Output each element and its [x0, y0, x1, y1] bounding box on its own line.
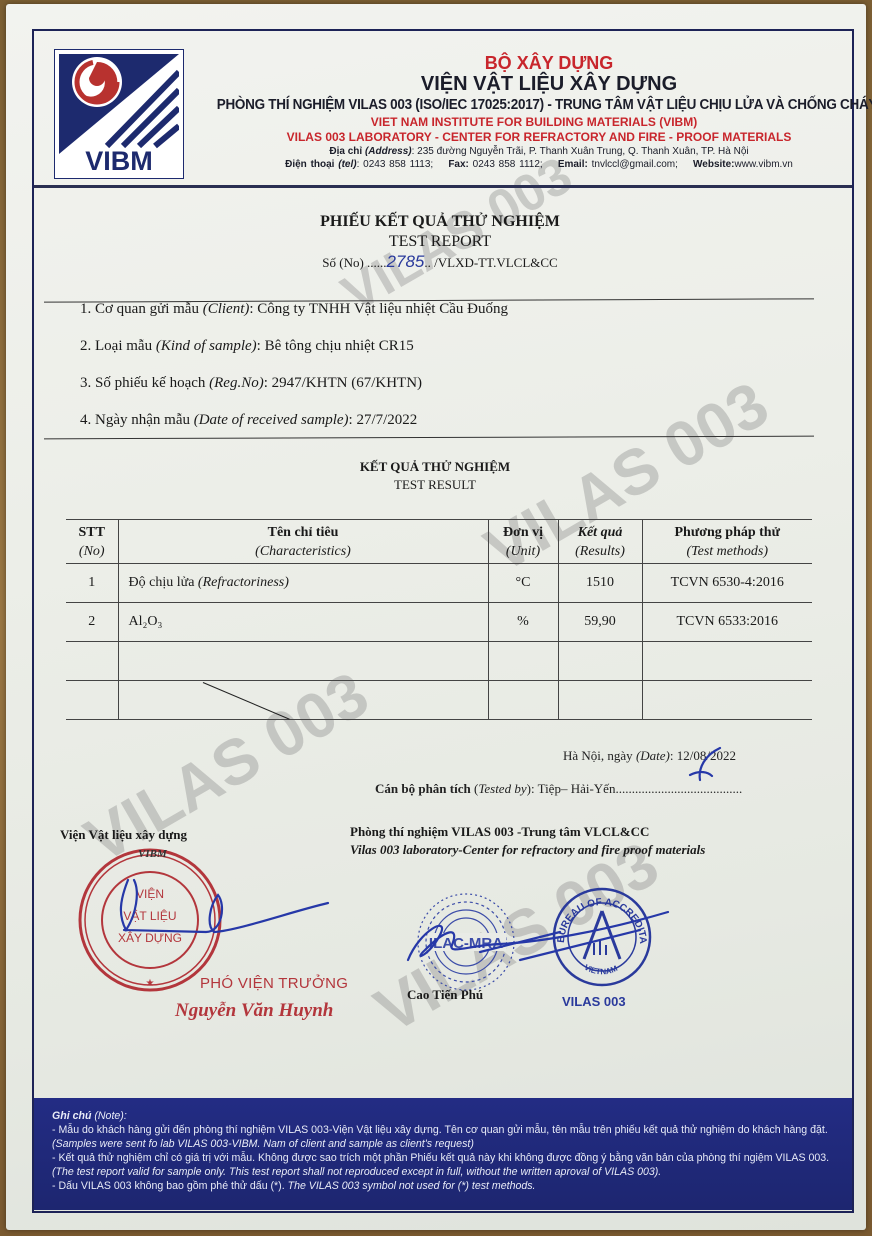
table-header: STT(No) Tên chỉ tiêu(Characteristics) Đơ…	[66, 520, 812, 564]
contact-info: Điện thoại (tel): 0243 858 1113; Fax: 02…	[234, 158, 844, 171]
vilas-label: VILAS 003	[562, 994, 626, 1009]
left-signatory-org: Viện Vật liệu xây dựng	[60, 827, 187, 843]
svg-text:★: ★	[146, 978, 155, 989]
letterhead: VIBM BỘ XÂY DỰNG VIỆN VẬT LIỆU XÂY DỰNG …	[34, 31, 852, 188]
signatory-title: PHÓ VIỆN TRƯỞNG	[200, 975, 348, 992]
result-title: KẾT QUẢ THỬ NGHIỆM TEST RESULT	[250, 458, 620, 494]
info-client: 1. Cơ quan gửi mẫu (Client): Công ty TNH…	[80, 298, 780, 335]
svg-text:ILAC-MRA: ILAC-MRA	[429, 935, 503, 952]
handwritten-number: 2785	[387, 252, 425, 271]
note-line: - Dấu VILAS 003 không bao gồm phé thử dấ…	[52, 1179, 838, 1193]
notes-title: Ghi chú (Note):	[52, 1109, 838, 1123]
ministry-name: BỘ XÂY DỰNG	[254, 53, 844, 73]
institute-name-en: VIET NAM INSTITUTE FOR BUILDING MATERIAL…	[224, 115, 844, 130]
table-row	[66, 642, 812, 681]
website-link[interactable]: www.vibm.vn	[735, 159, 793, 170]
svg-text:VIETNAM: VIETNAM	[583, 963, 620, 977]
tested-by: Cán bộ phân tích (Tested by): Tiệp– Hải-…	[375, 781, 742, 797]
accreditation-stamp-icon: BUREAU OF ACCREDITATION VIETNAM	[550, 885, 654, 989]
svg-text:XÂY DỰNG: XÂY DỰNG	[118, 930, 182, 945]
report-title: PHIẾU KẾT QUẢ THỬ NGHIỆM TEST REPORT Số …	[240, 212, 640, 273]
info-received-date: 4. Ngày nhận mẫu (Date of received sampl…	[80, 409, 780, 446]
notes-section: Ghi chú (Note): - Mẫu do khách hàng gửi …	[34, 1098, 852, 1210]
vibm-logo: VIBM	[54, 49, 184, 179]
lab-name-en: VILAS 003 LABORATORY - CENTER FOR REFRAC…	[234, 130, 844, 145]
report-date: Hà Nội, ngày (Date): 12/08/2022	[563, 748, 736, 764]
svg-text:VIBM: VIBM	[85, 146, 153, 174]
lab-signatory-name: Cao Tiến Phú	[407, 987, 483, 1003]
sample-info: 1. Cơ quan gửi mẫu (Client): Công ty TNH…	[80, 298, 780, 446]
lab-name: PHÒNG THÍ NGHIỆM VILAS 003 (ISO/IEC 1702…	[217, 95, 822, 115]
vibm-logo-icon: VIBM	[59, 54, 179, 174]
results-table: STT(No) Tên chỉ tiêu(Characteristics) Đơ…	[66, 519, 812, 720]
signatory-name: Nguyễn Văn Huynh	[175, 1000, 333, 1022]
institute-name: VIỆN VẬT LIỆU XÂY DỰNG	[254, 73, 844, 95]
address: Địa chỉ (Address): 235 đường Nguyễn Trãi…	[234, 145, 844, 158]
email-link[interactable]: tnvlccl@gmail.com;	[588, 159, 678, 170]
stamp-top-label: VIBM	[138, 848, 167, 860]
right-signatory-org: Phòng thí nghiệm VILAS 003 -Trung tâm VL…	[350, 822, 705, 858]
note-line: - Mẫu do khách hàng gửi đến phòng thí ng…	[52, 1123, 838, 1151]
table-row: 1 Độ chịu lửa (Refractoriness) °C 1510 T…	[66, 564, 812, 603]
svg-text:VIỆN: VIỆN	[136, 886, 164, 901]
svg-text:BUREAU OF ACCREDITATION: BUREAU OF ACCREDITATION	[550, 885, 648, 944]
info-sample-kind: 2. Loại mẫu (Kind of sample): Bê tông ch…	[80, 335, 780, 372]
note-line: - Kết quả thử nghiệm chỉ có giá trị với …	[52, 1151, 838, 1179]
report-number: Số (No) ......2785.. /VLXD-TT.VLCL&CC	[240, 252, 640, 273]
svg-text:VẬT LIỆU: VẬT LIỆU	[123, 908, 176, 923]
ilac-mra-stamp-icon: ILAC-MRA	[414, 887, 524, 997]
table-row	[66, 681, 812, 720]
table-row: 2 Al₂O₃ % 59,90 TCVN 6533:2016	[66, 603, 812, 642]
info-reg-no: 3. Số phiếu kế hoạch (Reg.No): 2947/KHTN…	[80, 372, 780, 409]
